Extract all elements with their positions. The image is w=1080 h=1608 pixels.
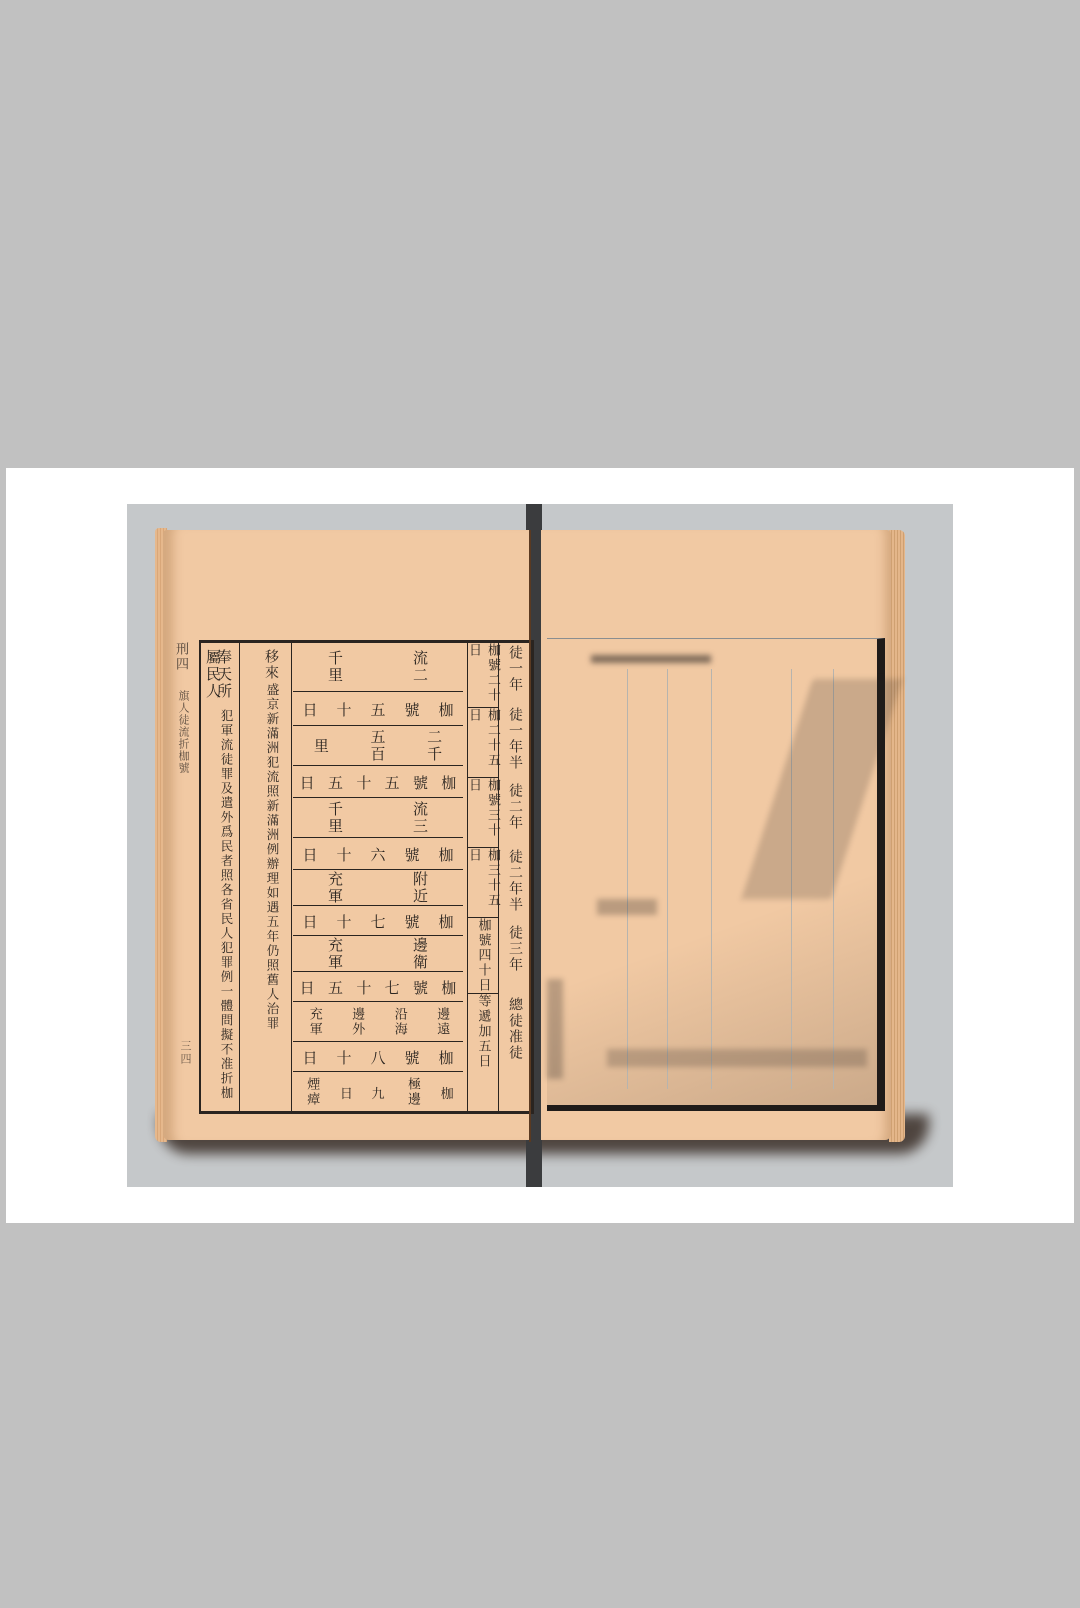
right-page-smudged-frame [547, 638, 885, 1111]
row-value: 日 十 六 號 枷 [293, 838, 463, 870]
row-cell: 日 [302, 699, 317, 720]
ink-smudge [591, 655, 711, 663]
row-cell: 號 [404, 911, 419, 932]
row-label: 充軍 邊衛 [293, 936, 463, 972]
row-cell: 沿海 [390, 1007, 409, 1037]
row-cell: 號 [404, 844, 419, 865]
left-page: 刑四 旗人徒流折枷號 三四 奉天所 犯軍流徒罪及遣外爲民者照各省民人犯罪例一體問… [163, 530, 529, 1140]
row-label: 里 五百 二千 [293, 726, 463, 766]
row-label: 千里 流二 [293, 643, 463, 691]
row-cell: 十 [336, 911, 351, 932]
servitude-text: 徒二年半 [505, 849, 525, 913]
row-cell: 七 [370, 911, 385, 932]
servitude-cell: 徒三年 [499, 925, 531, 973]
table-row-last: 煙瘴 日 九 極邊 枷 [293, 1071, 463, 1112]
row-cell: 十 [356, 772, 371, 793]
printed-text-block: 奉天所 犯軍流徒罪及遣外爲民者照各省民人犯罪例一體問擬不准折枷 屬民人 移來 盛… [199, 640, 534, 1114]
cangue-text: 枷號三十日 [464, 778, 502, 848]
row-cell: 九 [371, 1083, 384, 1102]
row-cell: 七 [385, 977, 400, 998]
row-cell: 號 [404, 1047, 419, 1068]
cangue-cell: 枷號二十日 [468, 643, 498, 707]
servitude-cell: 徒二年 [499, 783, 531, 831]
row-cell: 邊衛 [410, 937, 431, 971]
cangue-text: 枷號二十日 [464, 643, 502, 707]
margin-chapter-title: 旗人徒流折枷號 [175, 690, 191, 774]
row-cell: 日 [302, 844, 317, 865]
row-cell: 千里 [325, 650, 346, 684]
row-cell: 五 [328, 772, 343, 793]
table-row-top: 千里 流二 [293, 643, 463, 691]
right-page-edges [889, 530, 905, 1142]
row-value: 日 五 十 七 號 枷 [293, 972, 463, 1002]
row-cell: 充軍 [325, 871, 346, 905]
note-column: 移來 盛京新滿洲犯流照新滿洲例辦理如遇五年仍照舊人治罪 [251, 643, 292, 1111]
row-value: 煙瘴 日 九 極邊 枷 [293, 1072, 463, 1112]
cangue-cell: 枷號四十日 [468, 917, 498, 994]
row-cell: 枷 [441, 772, 456, 793]
row-label: 充軍 附近 [293, 870, 463, 906]
conversion-table: 千里 流二 日 十 五 號 枷 里 五百 [293, 643, 531, 1111]
row-cell: 充軍 [305, 1007, 324, 1037]
servitude-cell: 總徒准徒 [499, 997, 531, 1061]
table-row-top: 充軍 附近 [293, 869, 463, 906]
row-cell: 號 [404, 699, 419, 720]
row-value: 日 十 七 號 枷 [293, 906, 463, 936]
row-cell: 附近 [410, 871, 431, 905]
note-column-top: 移來 [261, 649, 281, 681]
row-cell: 枷 [438, 1047, 453, 1068]
row-cell: 枷 [438, 699, 453, 720]
cangue-text: 枷三十五日 [464, 848, 502, 918]
table-row-top: 充軍 邊外 沿海 邊遠 [293, 1001, 463, 1042]
row-cell: 邊遠 [432, 1007, 451, 1037]
ink-smudge [607, 1049, 867, 1067]
note-column-body: 盛京新滿洲犯流照新滿洲例辦理如遇五年仍照舊人治罪 [263, 683, 281, 1031]
cangue-duration-column: 枷號二十日 枷二十五日 枷號三十日 枷三十五日 枷號四十日 等遞加五日 [467, 643, 499, 1111]
margin-section-label: 刑四 [171, 642, 190, 672]
servitude-cell: 徒一年 [499, 645, 531, 693]
table-row-bottom: 日 五 十 五 號 枷 [293, 765, 463, 798]
row-cell: 流二 [410, 650, 431, 684]
row-value: 日 五 十 五 號 枷 [293, 766, 463, 798]
row-value: 日 十 五 號 枷 [293, 692, 463, 726]
row-cell: 極邊 [403, 1077, 422, 1107]
servitude-text: 徒一年 [505, 645, 525, 693]
ink-smudge [741, 679, 902, 899]
header-column: 奉天所 犯軍流徒罪及遣外爲民者照各省民人犯罪例一體問擬不准折枷 屬民人 [201, 643, 240, 1111]
servitude-text: 總徒准徒 [505, 997, 525, 1061]
row-cell: 五百 [367, 729, 388, 763]
row-cell: 枷 [438, 911, 453, 932]
book-spine-crease [529, 530, 531, 1142]
row-cell: 日 [340, 1083, 353, 1102]
row-cell: 千里 [325, 801, 346, 835]
book-photo: 刑四 旗人徒流折枷號 三四 奉天所 犯軍流徒罪及遣外爲民者照各省民人犯罪例一體問… [127, 504, 953, 1187]
row-cell: 里 [311, 738, 332, 755]
servitude-cell: 徒二年半 [499, 849, 531, 913]
ink-smudge [547, 979, 563, 1079]
table-row-top: 充軍 邊衛 [293, 935, 463, 972]
right-page [541, 530, 891, 1140]
table-row-bottom: 日 五 十 七 號 枷 [293, 971, 463, 1002]
servitude-cell: 徒一年半 [499, 707, 531, 771]
row-cell: 六 [370, 844, 385, 865]
row-cell: 十 [356, 977, 371, 998]
row-value: 日 十 八 號 枷 [293, 1042, 463, 1072]
servitude-text: 徒一年半 [505, 707, 525, 771]
cangue-text: 枷二十五日 [464, 708, 502, 778]
row-label: 千里 流三 [293, 798, 463, 838]
ink-smudge [597, 899, 657, 915]
ghost-rule [627, 669, 628, 1089]
cangue-cell: 枷三十五日 [468, 847, 498, 918]
row-cell: 十 [336, 699, 351, 720]
header-line-2: 屬民人 [203, 649, 224, 700]
cangue-cell: 枷號三十日 [468, 777, 498, 848]
row-cell: 枷 [441, 977, 456, 998]
row-cell: 日 [300, 977, 315, 998]
cangue-text: 等遞加五日 [474, 994, 493, 1112]
row-cell: 十 [336, 844, 351, 865]
folio-number: 三四 [177, 1040, 193, 1066]
row-cell: 枷 [438, 844, 453, 865]
row-cell: 五 [385, 772, 400, 793]
servitude-term-column: 徒一年 徒一年半 徒二年 徒二年半 徒三年 總徒准徒 [499, 643, 531, 1111]
servitude-text: 徒二年 [505, 783, 525, 831]
table-row-bottom: 日 十 七 號 枷 [293, 905, 463, 936]
table-row-top: 千里 流三 [293, 797, 463, 838]
row-cell: 五 [370, 699, 385, 720]
row-cell: 充軍 [325, 937, 346, 971]
row-cell: 日 [302, 911, 317, 932]
row-cell: 號 [413, 772, 428, 793]
cangue-text: 枷號四十日 [474, 918, 493, 994]
servitude-text: 徒三年 [505, 925, 525, 973]
row-cell: 五 [328, 977, 343, 998]
row-cell: 十 [336, 1047, 351, 1068]
table-row-top: 里 五百 二千 [293, 725, 463, 766]
margin-note-text: 刑四 [173, 642, 188, 672]
row-cell: 邊外 [347, 1007, 366, 1037]
row-cell: 煙瘴 [302, 1077, 321, 1107]
cangue-cell: 等遞加五日 [468, 993, 498, 1112]
cangue-cell: 枷二十五日 [468, 707, 498, 778]
row-label: 充軍 邊外 沿海 邊遠 [293, 1002, 463, 1042]
row-cell: 日 [300, 772, 315, 793]
table-row-bottom: 日 十 六 號 枷 [293, 837, 463, 870]
row-cell: 二千 [424, 729, 445, 763]
row-cell: 號 [413, 977, 428, 998]
row-cell: 枷 [441, 1083, 454, 1102]
row-cell: 流三 [410, 801, 431, 835]
main-rule-text: 犯軍流徒罪及遣外爲民者照各省民人犯罪例一體問擬不准折枷 [217, 709, 235, 1101]
ghost-rule [667, 669, 668, 1089]
ghost-rule [711, 669, 712, 1089]
table-row-bottom: 日 十 五 號 枷 [293, 691, 463, 726]
table-row-bottom: 日 十 八 號 枷 [293, 1041, 463, 1072]
row-cell: 日 [302, 1047, 317, 1068]
row-cell: 八 [370, 1047, 385, 1068]
